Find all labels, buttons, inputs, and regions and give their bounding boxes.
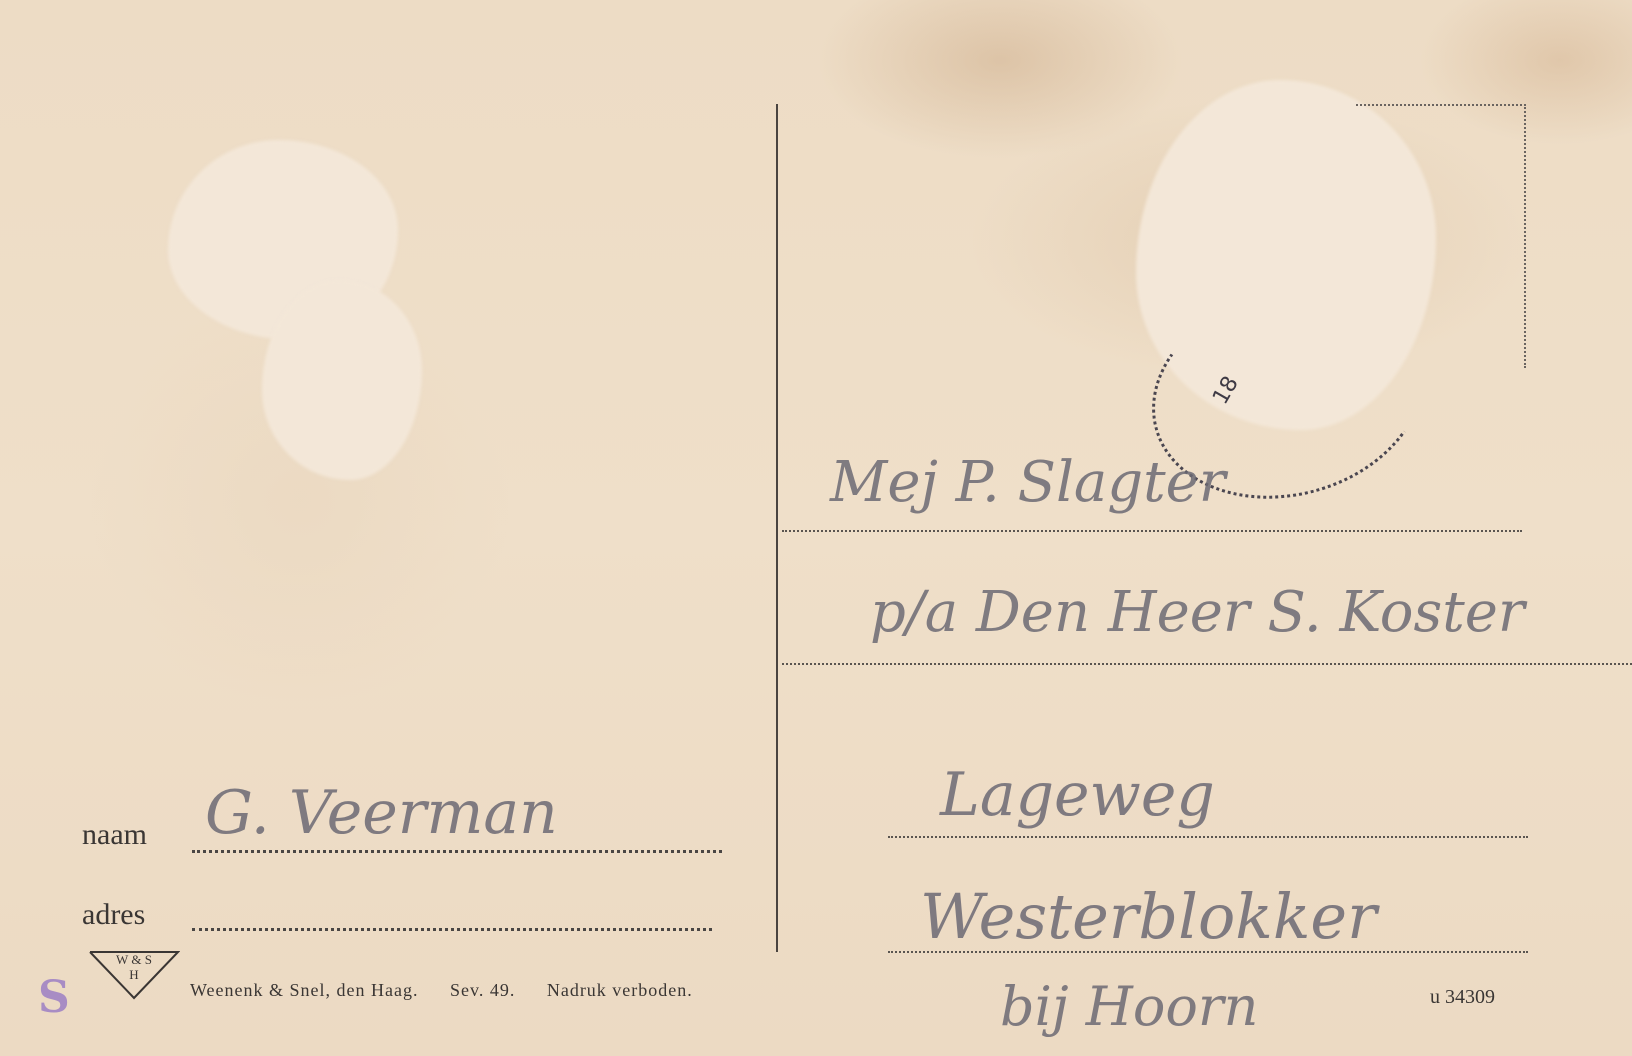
name-label: naam <box>82 818 147 852</box>
imprint-notice: Nadruk verboden. <box>547 980 693 1000</box>
logo-top: W & S <box>88 952 180 967</box>
address-rule-1 <box>782 530 1522 532</box>
center-divider <box>776 104 778 952</box>
imprint: Weenenk & Snel, den Haag. Sev. 49. Nadru… <box>190 980 719 1001</box>
recipient-line-3: Lageweg <box>940 760 1215 830</box>
address-field-line <box>192 928 712 931</box>
address-rule-4 <box>888 951 1528 953</box>
postcard: 18 Mej P. Slagter p/a Den Heer S. Koster… <box>0 0 1632 1056</box>
imprint-publisher: Weenenk & Snel, den Haag. <box>190 980 418 1000</box>
recipient-line-4: Westerblokker <box>920 880 1377 953</box>
address-rule-3 <box>888 836 1528 838</box>
recipient-line-1: Mej P. Slagter <box>830 450 1226 515</box>
sender-name: G. Veerman <box>205 778 558 848</box>
name-field-line <box>192 850 722 853</box>
address-rule-2 <box>782 663 1632 665</box>
address-label: adres <box>82 898 145 932</box>
stamp-residue-left-lower <box>262 280 422 480</box>
imprint-series: Sev. 49. <box>450 980 515 1000</box>
serial-number: u 34309 <box>1430 986 1495 1009</box>
publisher-logo: W & S H <box>88 950 180 1000</box>
recipient-line-5: bij Hoorn <box>1000 975 1258 1038</box>
recipient-line-2: p/a Den Heer S. Koster <box>870 580 1525 645</box>
logo-text: W & S H <box>88 952 180 982</box>
violet-ink-mark: S <box>38 972 70 1023</box>
logo-bottom: H <box>88 967 180 982</box>
